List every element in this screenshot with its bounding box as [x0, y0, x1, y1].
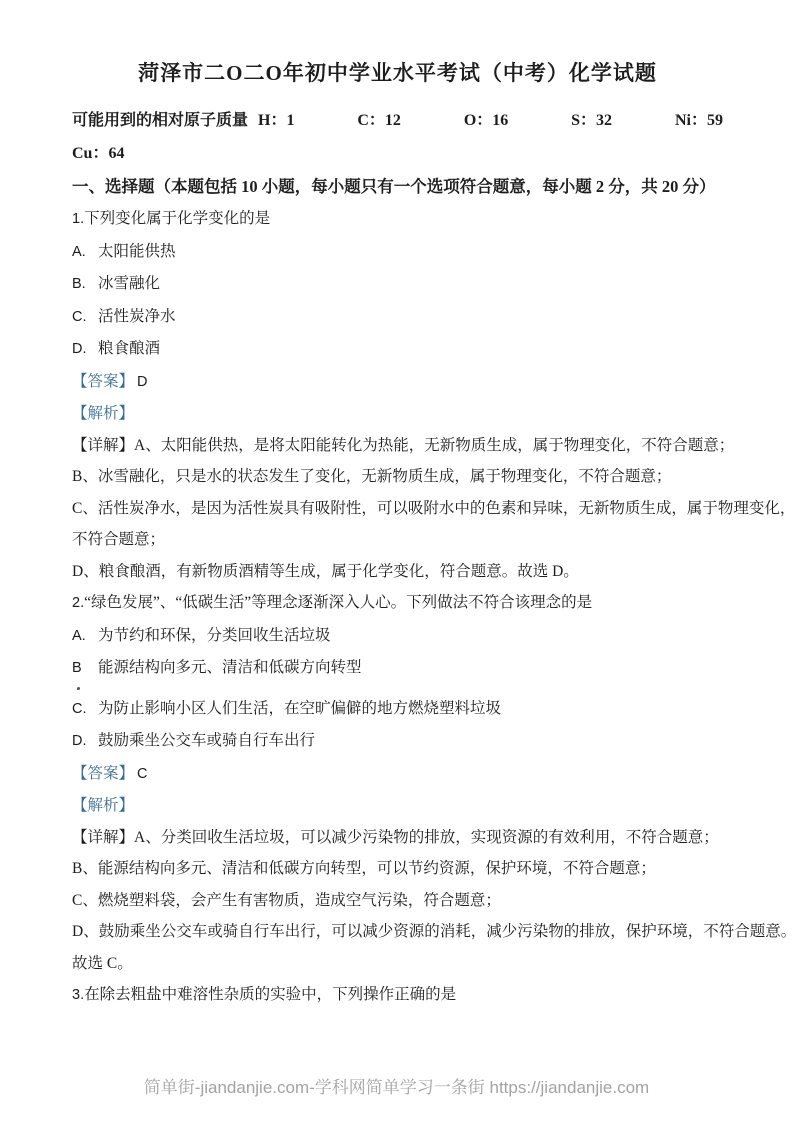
question-number: 2. [72, 595, 84, 611]
element-mass-s: S：32 [571, 104, 612, 137]
footer-credit: 简单街-jiandanjie.com-学科网简单学习一条街 https://ji… [0, 1073, 793, 1098]
answer-tag: 【答案】 [72, 765, 134, 782]
detail-line: 【详解】A、分类回收生活垃圾，可以减少污染物的排放，实现资源的有效利用，不符合题… [72, 822, 723, 854]
option-b: B.冰雪融化 [72, 268, 723, 301]
detail-tag: 【详解】 [72, 437, 134, 454]
exam-document-page: 菏泽市二O二O年初中学业水平考试（中考）化学试题 可能用到的相对原子质量 H：1… [0, 0, 793, 1122]
page-title: 菏泽市二O二O年初中学业水平考试（中考）化学试题 [72, 56, 723, 90]
section-heading: 一、选择题（本题包括 10 小题，每小题只有一个选项符合题意，每小题 2 分，共… [72, 170, 723, 203]
question-stem-text: 在除去粗盐中难溶性杂质的实验中，下列操作正确的是 [84, 986, 456, 1003]
element-mass-ni: Ni：59 [675, 104, 723, 137]
detail-text: A、分类回收生活垃圾，可以减少污染物的排放，实现资源的有效利用，不符合题意； [134, 829, 719, 846]
analysis-tag: 【解析】 [72, 797, 134, 814]
answer-value: C [137, 766, 147, 782]
option-text: 粮食酿酒 [98, 340, 160, 357]
element-mass-c: C：12 [357, 104, 401, 137]
analysis-line: 【解析】 [72, 398, 723, 430]
detail-line: 不符合题意； [72, 524, 723, 556]
option-label: D. [72, 334, 98, 366]
question-stem-text: 下列变化属于化学变化的是 [84, 210, 270, 227]
detail-line: C、燃烧塑料袋，会产生有害物质，造成空气污染，符合题意； [72, 885, 723, 917]
detail-line: 【详解】A、太阳能供热，是将太阳能转化为热能，无新物质生成，属于物理变化，不符合… [72, 430, 723, 462]
answer-line: 【答案】C [72, 758, 723, 791]
option-text: 活性炭净水 [98, 308, 176, 325]
question-2-block: 2.“绿色发展”、“低碳生活”等理念逐渐深入人心。下列做法不符合该理念的是 A.… [72, 587, 723, 979]
question-1-block: 1.下列变化属于化学变化的是 A.太阳能供热 B.冰雪融化 C.活性炭净水 D.… [72, 203, 723, 587]
option-text: 为防止影响小区人们生活，在空旷偏僻的地方燃烧塑料垃圾 [98, 700, 501, 717]
option-b: B能源结构向多元、清洁和低碳方向转型 [72, 652, 723, 685]
option-text: 冰雪融化 [98, 275, 160, 292]
option-text: 太阳能供热 [98, 243, 176, 260]
element-mass-h: H：1 [258, 112, 294, 129]
option-label: A. [72, 621, 98, 653]
option-c: C.为防止影响小区人们生活，在空旷偏僻的地方燃烧塑料垃圾 [72, 693, 723, 726]
question-3-block: 3.在除去粗盐中难溶性杂质的实验中，下列操作正确的是 [72, 979, 723, 1012]
option-text: 能源结构向多元、清洁和低碳方向转型 [98, 659, 362, 676]
question-number: 1. [72, 211, 84, 227]
option-c: C.活性炭净水 [72, 301, 723, 334]
answer-tag: 【答案】 [72, 373, 134, 390]
option-a: A.为节约和环保，分类回收生活垃圾 [72, 620, 723, 653]
question-stem: 2.“绿色发展”、“低碳生活”等理念逐渐深入人心。下列做法不符合该理念的是 [72, 587, 723, 620]
detail-tag: 【详解】 [72, 829, 134, 846]
option-text: 鼓励乘坐公交车或骑自行车出行 [98, 732, 315, 749]
question-number: 3. [72, 987, 84, 1003]
option-label: D. [72, 726, 98, 758]
question-stem: 3.在除去粗盐中难溶性杂质的实验中，下列操作正确的是 [72, 979, 723, 1012]
option-label: C. [72, 694, 98, 726]
analysis-line: 【解析】 [72, 790, 723, 822]
element-mass-o: O：16 [464, 104, 508, 137]
answer-value: D [137, 374, 147, 390]
option-label: A. [72, 237, 98, 269]
analysis-tag: 【解析】 [72, 405, 134, 422]
option-label: C. [72, 302, 98, 334]
atomic-masses-label: 可能用到的相对原子质量 [72, 112, 248, 129]
option-label: B. [72, 269, 98, 301]
answer-line: 【答案】D [72, 366, 723, 399]
option-d: D.鼓励乘坐公交车或骑自行车出行 [72, 725, 723, 758]
atomic-masses-line: 可能用到的相对原子质量 H：1 C：12 O：16 S：32 Ni：59 [72, 104, 723, 137]
detail-line: D、鼓励乘坐公交车或骑自行车出行，可以减少资源的消耗，减少污染物的排放，保护环境… [72, 916, 723, 948]
atomic-masses-first-group: 可能用到的相对原子质量 H：1 [72, 104, 294, 137]
question-stem-text: “绿色发展”、“低碳生活”等理念逐渐深入人心。下列做法不符合该理念的是 [84, 594, 592, 611]
detail-line: D、粮食酿酒，有新物质酒精等生成，属于化学变化，符合题意。故选 D。 [72, 556, 723, 588]
option-d: D.粮食酿酒 [72, 333, 723, 366]
stray-period-mark [77, 686, 81, 690]
detail-line: C、活性炭净水，是因为活性炭具有吸附性，可以吸附水中的色素和异味，无新物质生成，… [72, 493, 723, 525]
detail-line: 故选 C。 [72, 948, 723, 980]
element-mass-cu: Cu：64 [72, 137, 723, 170]
question-stem: 1.下列变化属于化学变化的是 [72, 203, 723, 236]
option-a: A.太阳能供热 [72, 236, 723, 269]
option-label: B [72, 653, 98, 685]
detail-line: B、冰雪融化，只是水的状态发生了变化，无新物质生成，属于物理变化，不符合题意； [72, 461, 723, 493]
detail-line: B、能源结构向多元、清洁和低碳方向转型，可以节约资源，保护环境，不符合题意； [72, 853, 723, 885]
detail-text: A、太阳能供热，是将太阳能转化为热能，无新物质生成，属于物理变化，不符合题意； [134, 437, 734, 454]
option-text: 为节约和环保，分类回收生活垃圾 [98, 627, 331, 644]
